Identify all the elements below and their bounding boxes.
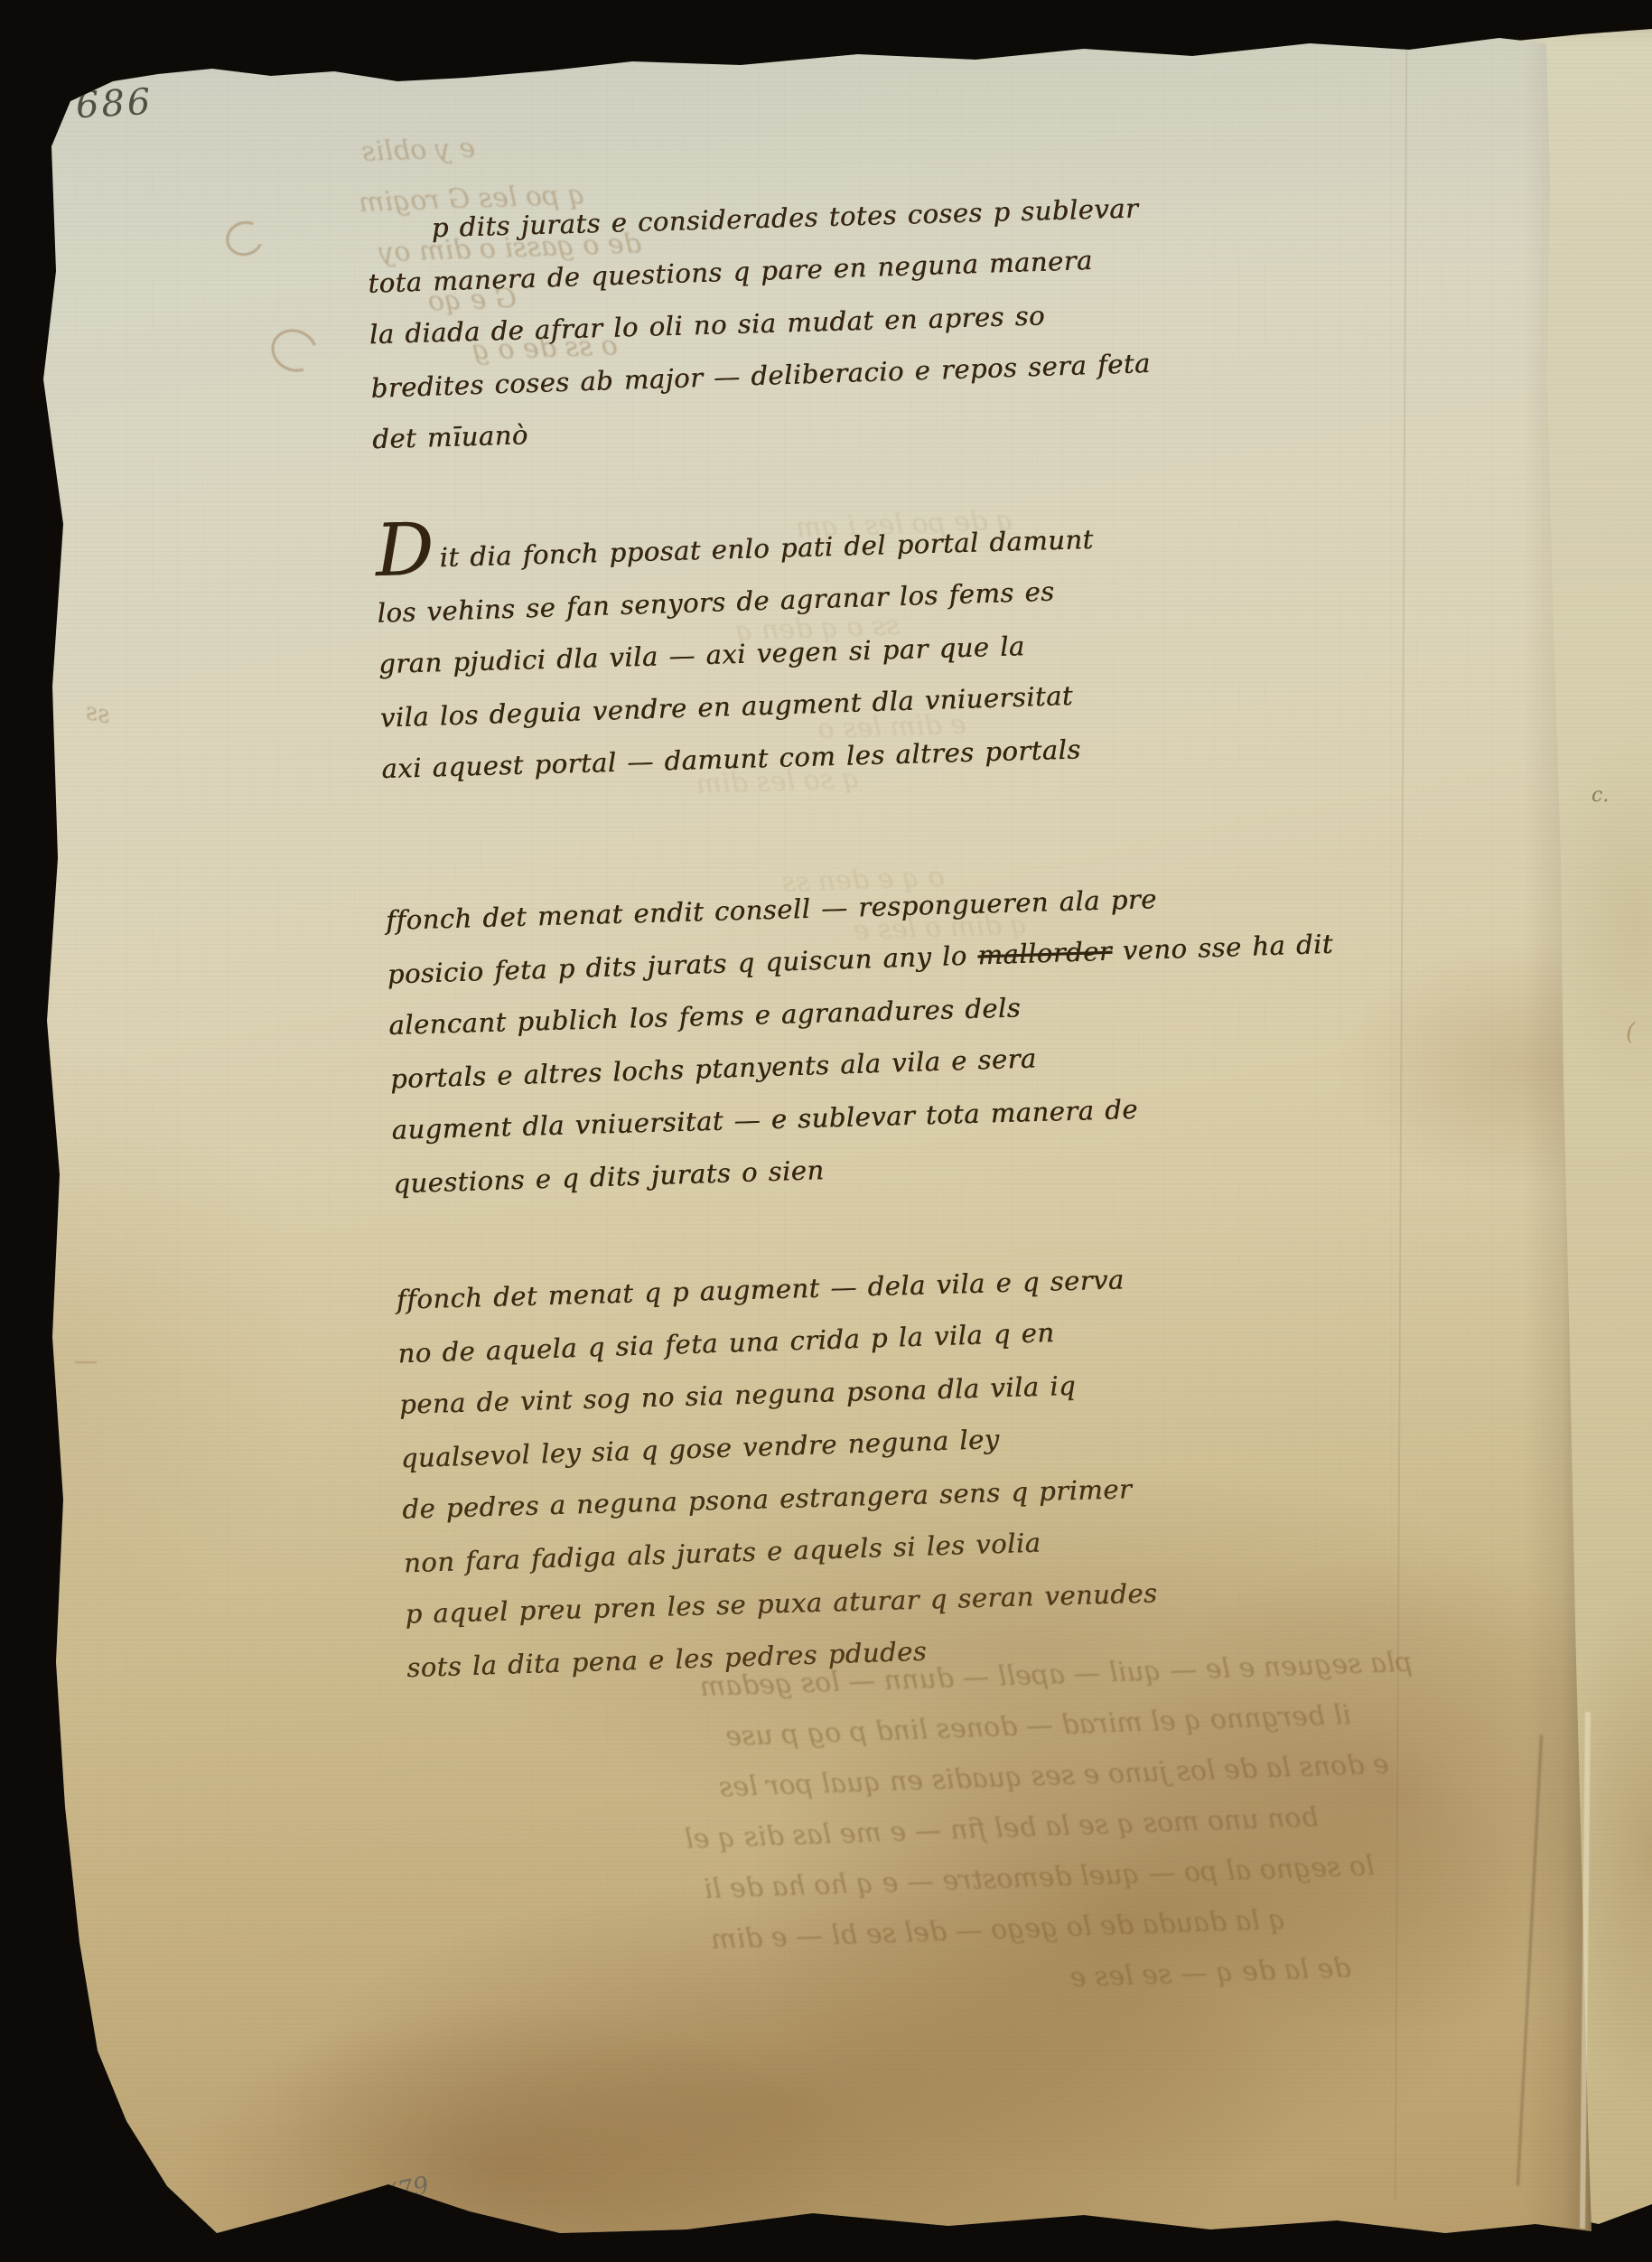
manuscript-photo: c. ( e y oblis q po les G rogim de o gas… xyxy=(0,0,1652,2262)
stain-overlay xyxy=(0,0,1595,2258)
manuscript-page: e y oblis q po les G rogim de o gassi o … xyxy=(0,0,1595,2258)
next-folio-ink-mark: c. xyxy=(1591,784,1609,807)
next-folio-ghost-mark: ( xyxy=(1626,1019,1635,1046)
